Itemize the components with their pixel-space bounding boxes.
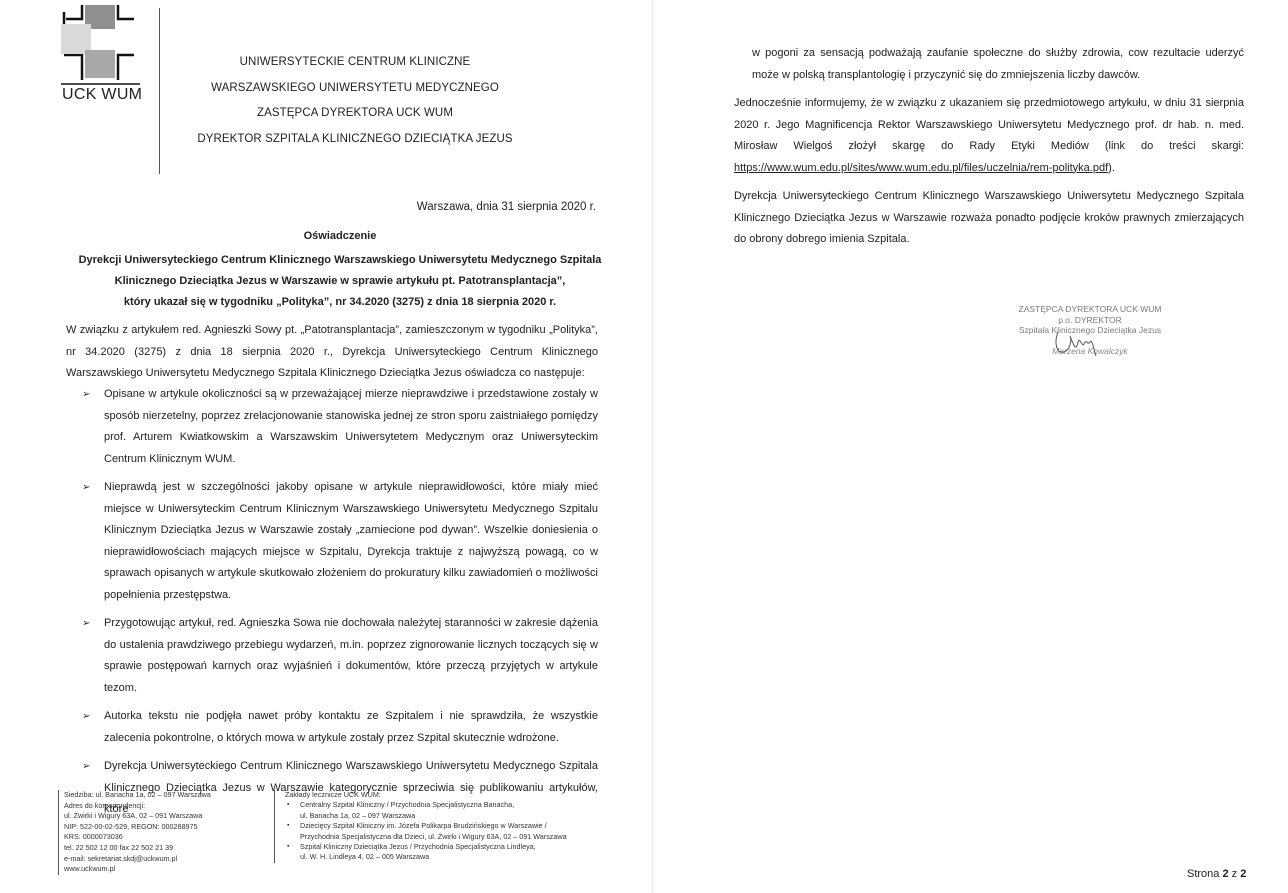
facility-item: Dziecięcy Szpital Kliniczny im. Józefa P… xyxy=(285,821,594,842)
document-page-1: UCK WUM UNIWERSYTECKIE CENTRUM KLINICZNE… xyxy=(0,0,640,893)
arrow-bullet-icon: ➢ xyxy=(82,706,90,728)
footer-email: e-mail: sekretariat.skdj@uckwum.pl xyxy=(64,854,268,865)
list-item: ➢Autorka tekstu nie podjęła nawet próby … xyxy=(80,706,598,749)
letterhead: UNIWERSYTECKIE CENTRUM KLINICZNE WARSZAW… xyxy=(190,50,520,152)
complaint-paragraph: Jednocześnie informujemy, że w związku z… xyxy=(734,93,1244,179)
arrow-bullet-icon: ➢ xyxy=(82,477,90,499)
paragraph-text-end: ). xyxy=(1108,162,1115,174)
letterhead-line: ZASTĘPCA DYREKTORA UCK WUM xyxy=(190,101,520,127)
letterhead-line: WARSZAWSKIEGO UNIWERSYTETU MEDYCZNEGO xyxy=(190,76,520,102)
list-item: ➢Przygotowując artykuł, red. Agnieszka S… xyxy=(80,613,598,699)
facility-name: Centralny Szpital Kliniczny / Przychodni… xyxy=(300,800,594,810)
page-number-sep: z xyxy=(1232,868,1238,880)
list-item: ➢Nieprawdą jest w szczególności jakoby o… xyxy=(80,477,598,606)
footer-facilities: Zakłady lecznicze UCK WUM: Centralny Szp… xyxy=(274,790,594,863)
legal-steps-paragraph: Dyrekcja Uniwersyteckiego Centrum Klinic… xyxy=(734,186,1244,251)
footer-line: Siedziba: ul. Banacha 1a, 02 – 097 Warsz… xyxy=(64,790,268,801)
document-subtitle: Dyrekcji Uniwersyteckiego Centrum Klinic… xyxy=(60,250,620,313)
footer-line: KRS: 0000073036 xyxy=(64,832,268,843)
subtitle-line: Klinicznego Dzieciątka Jezus w Warszawie… xyxy=(60,271,620,292)
subtitle-line: który ukazał się w tygodniku „Polityka”,… xyxy=(60,292,620,313)
facility-item: Centralny Szpital Kliniczny / Przychodni… xyxy=(285,800,594,821)
footer-line: tel. 22 502 12 00 fax 22 502 21 39 xyxy=(64,843,268,854)
facility-address: ul. Banacha 1a, 02 – 097 Warszawa xyxy=(300,811,594,821)
footer-website: www.uckwum.pl xyxy=(64,864,268,875)
facility-item: Szpital Kliniczny Dzieciątka Jezus / Prz… xyxy=(285,842,594,863)
list-item-text: Opisane w artykule okoliczności są w prz… xyxy=(104,388,598,465)
handwritten-signature-icon xyxy=(1050,322,1110,362)
bullet-continuation: w pogoni za sensacją podważają zaufanie … xyxy=(752,43,1244,86)
document-date: Warszawa, dnia 31 sierpnia 2020 r. xyxy=(417,201,596,213)
footer-line: ul. Żwirki i Wigury 63A, 02 – 091 Warsza… xyxy=(64,811,268,822)
stamp-line: ZASTĘPCA DYREKTORA UCK WUM xyxy=(1015,304,1165,315)
complaint-link[interactable]: https://www.wum.edu.pl/sites/www.wum.edu… xyxy=(734,162,1108,174)
page-number-current: 2 xyxy=(1222,868,1228,880)
intro-paragraph: W związku z artykułem red. Agnieszki Sow… xyxy=(66,320,598,385)
header-divider xyxy=(159,8,160,174)
logo-text: UCK WUM xyxy=(62,86,142,104)
list-item-text: Nieprawdą jest w szczególności jakoby op… xyxy=(104,481,598,601)
list-item: ➢Opisane w artykule okoliczności są w pr… xyxy=(80,384,598,470)
list-item-text: Przygotowując artykuł, red. Agnieszka So… xyxy=(104,617,598,694)
footer-facilities-heading: Zakłady lecznicze UCK WUM: xyxy=(285,790,594,800)
facility-address: Przychodnia Specjalistyczna dla Dzieci, … xyxy=(300,832,594,842)
paragraph-text: Jednocześnie informujemy, że w związku z… xyxy=(734,97,1244,152)
page-number-prefix: Strona xyxy=(1187,868,1219,880)
footer-contact-info: Siedziba: ul. Banacha 1a, 02 – 097 Warsz… xyxy=(58,790,268,875)
footer-line: Adres do korespondencji: xyxy=(64,801,268,812)
statement-list: ➢Opisane w artykule okoliczności są w pr… xyxy=(80,384,598,828)
list-item-text: Autorka tekstu nie podjęła nawet próby k… xyxy=(104,710,598,744)
facility-address: ul. W. H. Lindleya 4, 02 – 005 Warszawa xyxy=(300,852,594,862)
arrow-bullet-icon: ➢ xyxy=(82,613,90,635)
page-number: Strona 2 z 2 xyxy=(1187,868,1246,880)
letterhead-line: DYREKTOR SZPITALA KLINICZNEGO DZIECIĄTKA… xyxy=(190,127,520,153)
letterhead-line: UNIWERSYTECKIE CENTRUM KLINICZNE xyxy=(190,50,520,76)
footer-line: NIP: 522-00-02-529, REGON: 000288975 xyxy=(64,822,268,833)
subtitle-line: Dyrekcji Uniwersyteckiego Centrum Klinic… xyxy=(60,250,620,271)
arrow-bullet-icon: ➢ xyxy=(82,384,90,406)
facility-name: Szpital Kliniczny Dzieciątka Jezus / Prz… xyxy=(300,842,594,852)
page-number-total: 2 xyxy=(1240,868,1246,880)
document-title: Oświadczenie xyxy=(60,230,620,242)
facility-name: Dziecięcy Szpital Kliniczny im. Józefa P… xyxy=(300,821,594,831)
arrow-bullet-icon: ➢ xyxy=(82,756,90,778)
